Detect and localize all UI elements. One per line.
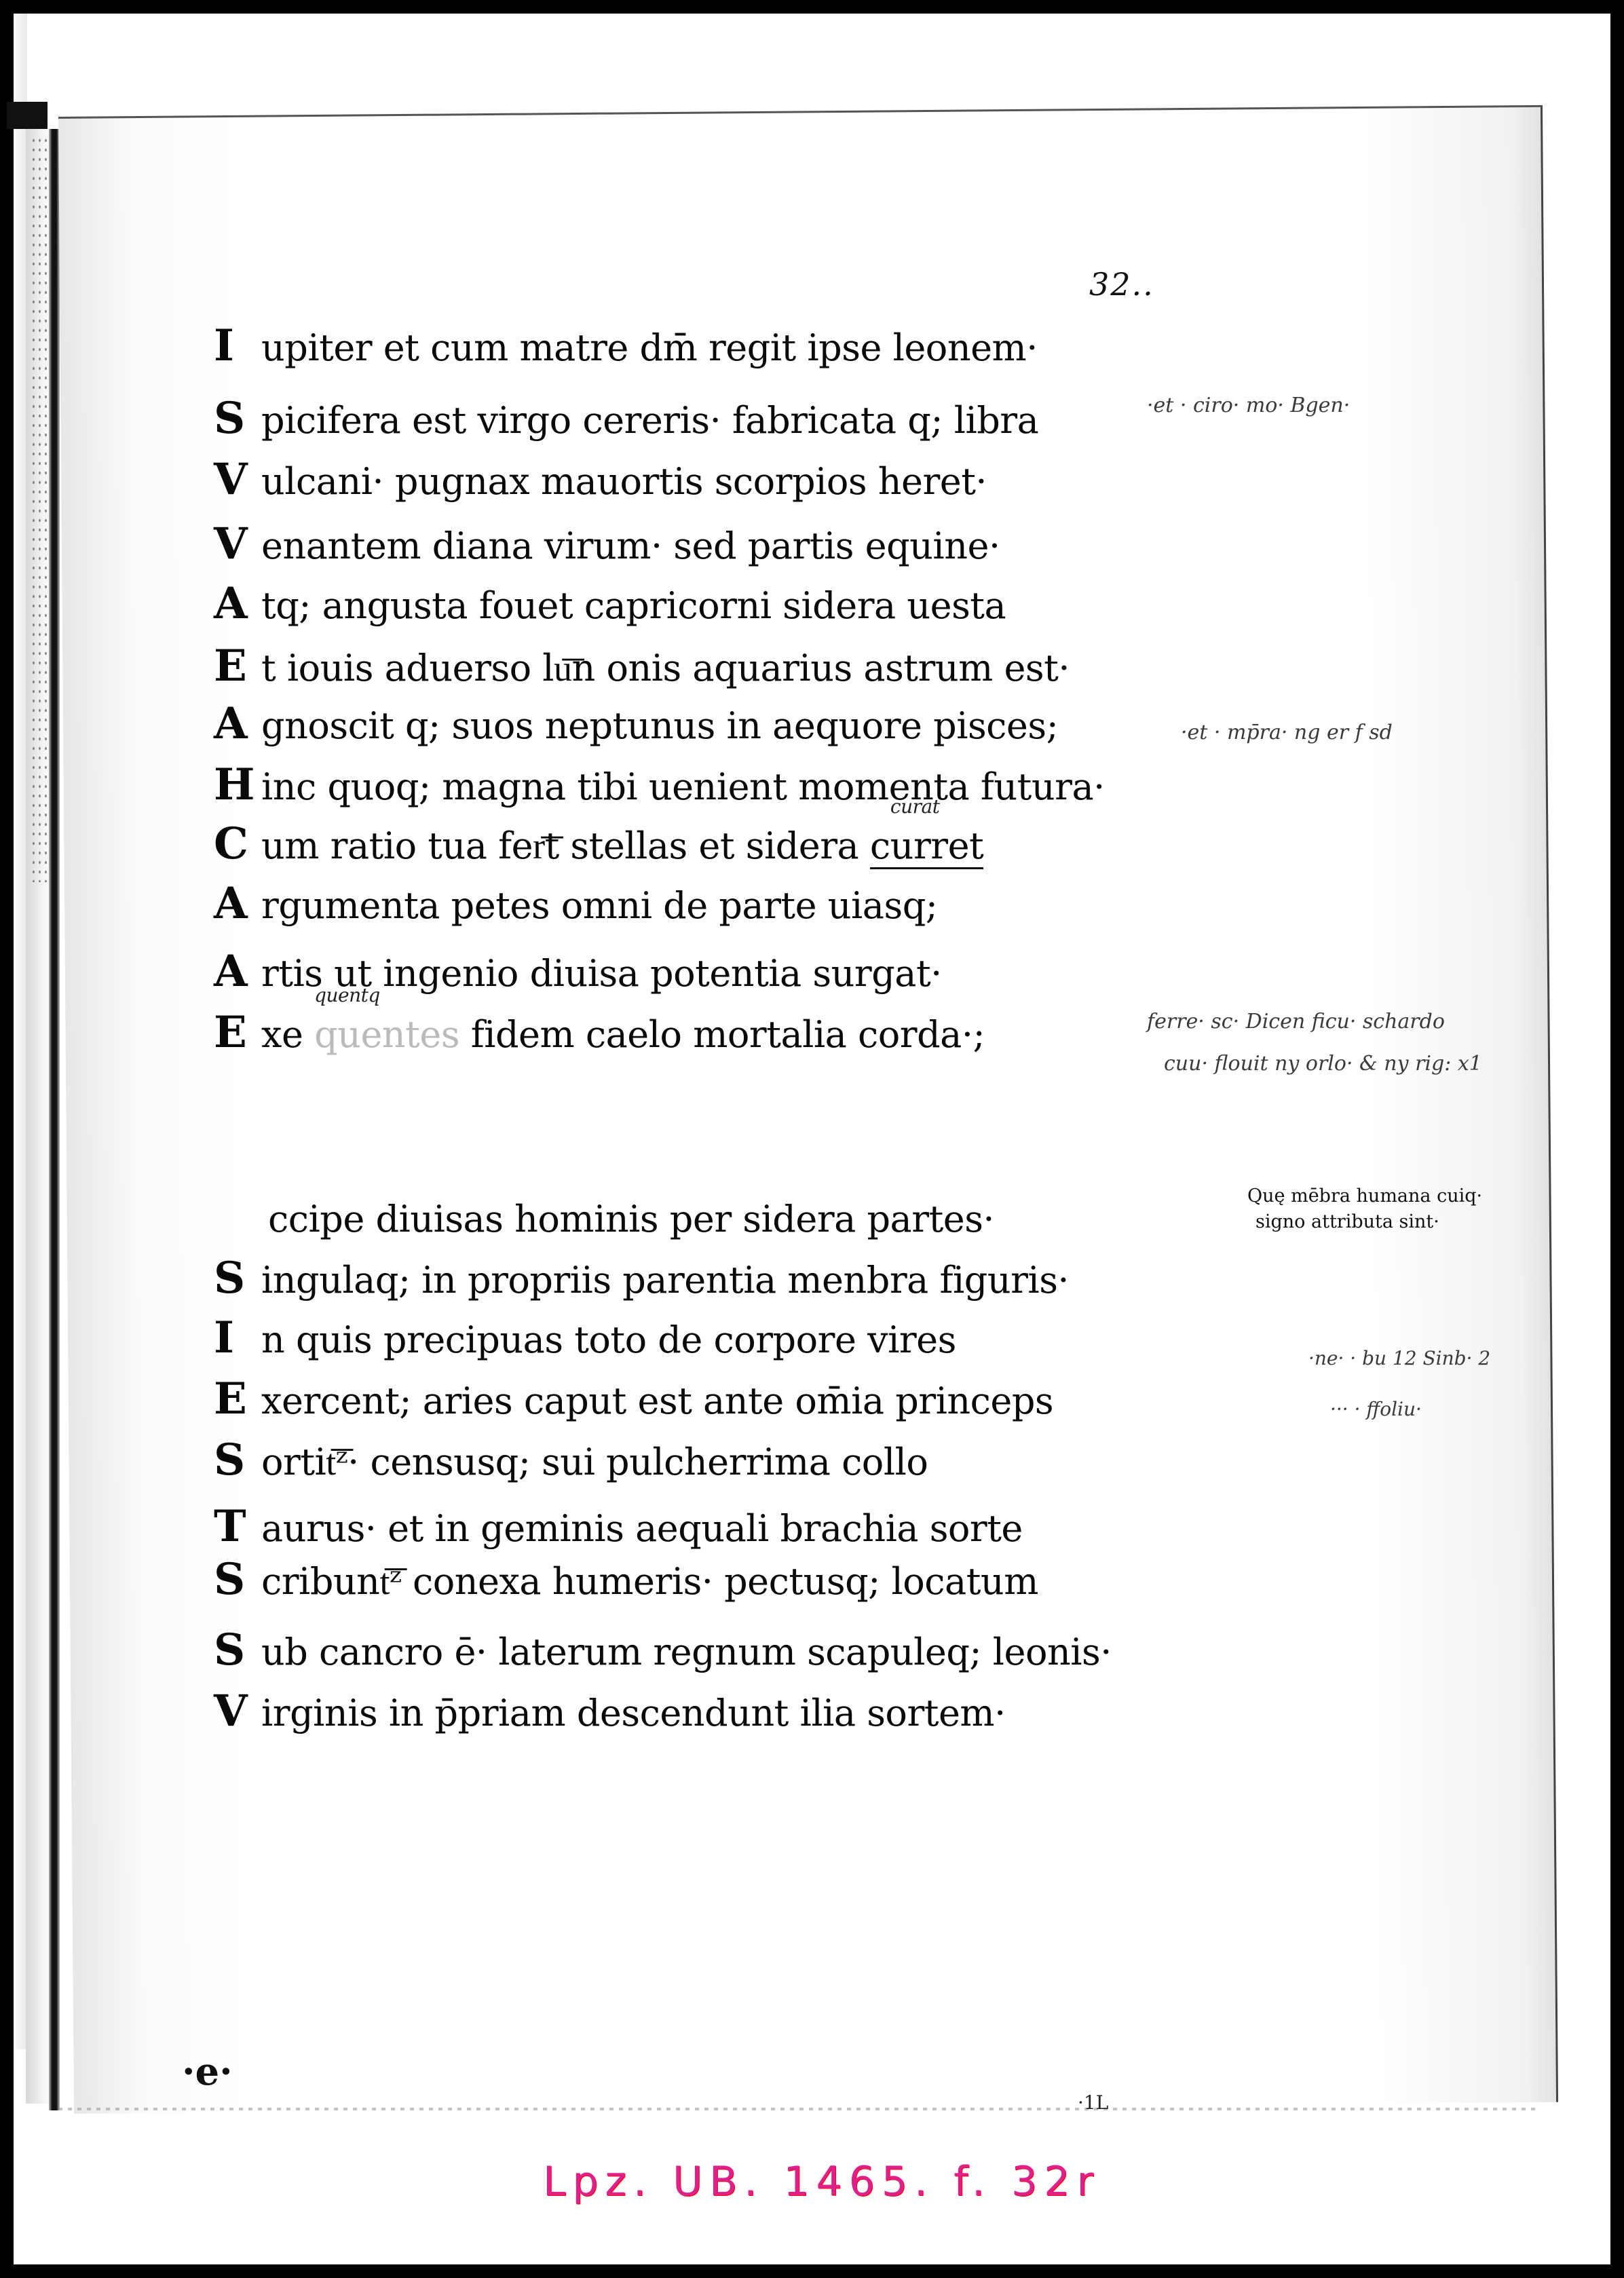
verse-initial: V [214,458,261,501]
verse-text: t iouis aduerso lu͞n onis aquarius astru… [261,647,1070,689]
shelfmark-label: Lpz. UB. 1465. f. 32r [543,2158,1100,2205]
verse-initial: V [214,1690,261,1733]
verse-text: ortit͞ᶻ· censusq; sui pulcherrima collo [261,1441,928,1483]
verse-line: Venantem diana virum· sed partis equine· [214,523,1000,566]
underlined-word: curret [870,824,983,869]
rubric-line-1: Quę mēbra humana cuiq· [1247,1183,1482,1209]
folio-bottom-edge [58,2108,1541,2110]
verse-text: cribunt͞ᶻ conexa humeris· pectusq; locat… [261,1560,1038,1603]
interlinear-gloss: curat [890,797,940,816]
verse-line: Singulaq; in propriis parentia menbra fi… [214,1257,1069,1300]
verse-text-prefix: xe [261,1013,303,1056]
verse-line: Et iouis aduerso lu͞n onis aquarius astr… [214,645,1070,688]
verse-text: enantem diana virum· sed partis equine· [261,525,1000,567]
gutter-shadow [7,102,48,129]
verse-initial: V [214,523,261,566]
rubric-heading: Quę mēbra humana cuiq· signo attributa s… [1247,1183,1482,1235]
verse-initial: S [214,1629,261,1672]
marginal-note: ·et · ciro· mo· Bgen· [1147,394,1350,417]
rubric-line-2: signo attributa sint· [1247,1209,1482,1235]
verse-line: Spicifera est virgo cereris· fabricata q… [214,397,1038,440]
marginal-note: ·et · mp̄ra· ng er f sd [1181,721,1393,744]
verse-text: ulcani· pugnax mauortis scorpios heret· [261,460,987,503]
verse-line: ccipe diuisas hominis per sidera partes· [268,1201,994,1238]
verse-line: Iupiter et cum matre dm̄ regit ipse leon… [214,324,1038,368]
verse-initial: A [214,702,261,746]
verse-text: um ratio tua fer͞t stellas et sidera [261,824,858,867]
verse-initial: T [214,1505,261,1549]
verse-text: aurus· et in geminis aequali brachia sor… [261,1507,1023,1550]
verse-line: Argumenta petes omni de parte uiasq; [214,882,937,926]
verse-text: ccipe diuisas hominis per sidera partes· [268,1198,994,1240]
verse-initial: S [214,1558,261,1601]
verse-line: Exercent; aries caput est ante om̄ia pri… [214,1378,1053,1421]
verse-initial: A [214,882,261,926]
quire-mark: ·e· [182,2049,233,2094]
verse-initial: H [214,763,261,807]
verse-initial: E [214,1378,261,1421]
verse-line: Virginis in p̄priam descendunt ilia sort… [214,1690,1006,1733]
gutter-fold [49,129,60,2110]
verse-initial: A [214,582,261,626]
verse-line: Exe quentq quentes fidem caelo mortalia … [214,1011,985,1055]
verse-line: Sortit͞ᶻ· censusq; sui pulcherrima collo [214,1439,928,1482]
verse-line: Atq; angusta fouet capricorni sidera ues… [214,582,1006,626]
verse-line: Cum ratio tua fer͞t stellas et sidera cu… [214,822,983,866]
verse-line: Hinc quoq; magna tibi uenient momenta fu… [214,763,1105,807]
verse-text: ingulaq; in propriis parentia menbra fig… [261,1259,1069,1302]
verse-initial: E [214,645,261,688]
verse-line: Sub cancro ē· laterum regnum scapuleq; l… [214,1629,1112,1672]
verse-initial: C [214,822,261,866]
verse-text: upiter et cum matre dm̄ regit ipse leone… [261,326,1038,369]
verse-text: fidem caelo mortalia corda·; [471,1013,985,1056]
verse-initial: E [214,1011,261,1055]
verse-initial: S [214,397,261,440]
verse-initial: I [214,324,261,368]
binding-stipple [31,136,51,882]
verse-initial: S [214,1257,261,1300]
verse-text: tq; angusta fouet capricorni sidera uest… [261,584,1006,627]
verse-text: rgumenta petes omni de parte uiasq; [261,884,937,927]
verse-line: Taurus· et in geminis aequali brachia so… [214,1505,1023,1549]
verse-initial: I [214,1316,261,1360]
verse-line: Scribunt͞ᶻ conexa humeris· pectusq; loca… [214,1558,1038,1601]
verse-line: Agnoscit q; suos neptunus in aequore pis… [214,702,1058,746]
verse-text: ub cancro ē· laterum regnum scapuleq; le… [261,1631,1112,1673]
verse-initial: A [214,950,261,993]
verse-text: irginis in p̄priam descendunt ilia sorte… [261,1692,1006,1734]
marginal-note: cuu· flouit ny orlo· & ny rig: x1 [1164,1052,1482,1076]
verse-text: xercent; aries caput est ante om̄ia prin… [261,1380,1053,1422]
interlinear-gloss: quentq [314,986,380,1005]
verse-text: n quis precipuas toto de corpore vires [261,1318,956,1361]
verse-line: In quis precipuas toto de corpore vires [214,1316,956,1360]
verse-line: Vulcani· pugnax mauortis scorpios heret· [214,458,987,501]
bottom-mark: ·1L [1078,2091,1108,2114]
corrected-word: curat curret [870,824,983,867]
marginal-note: ferre· sc· Dicen ficu· schardo [1147,1010,1445,1033]
marginal-note: ··· · ffoliu· [1330,1398,1422,1420]
verse-text: inc quoq; magna tibi uenient momenta fut… [261,765,1105,808]
verse-initial: S [214,1439,261,1482]
verse-text: picifera est virgo cereris· fabricata q;… [261,399,1038,442]
verse-text: gnoscit q; suos neptunus in aequore pisc… [261,704,1058,747]
folio-number: 32.. [1089,266,1154,303]
previous-leaf [14,14,27,2049]
marginal-note: ·ne· · bu 12 Sinb· 2 [1308,1347,1490,1369]
faded-text: quentes [314,1013,459,1056]
erased-word: quentq quentes [314,1013,471,1056]
